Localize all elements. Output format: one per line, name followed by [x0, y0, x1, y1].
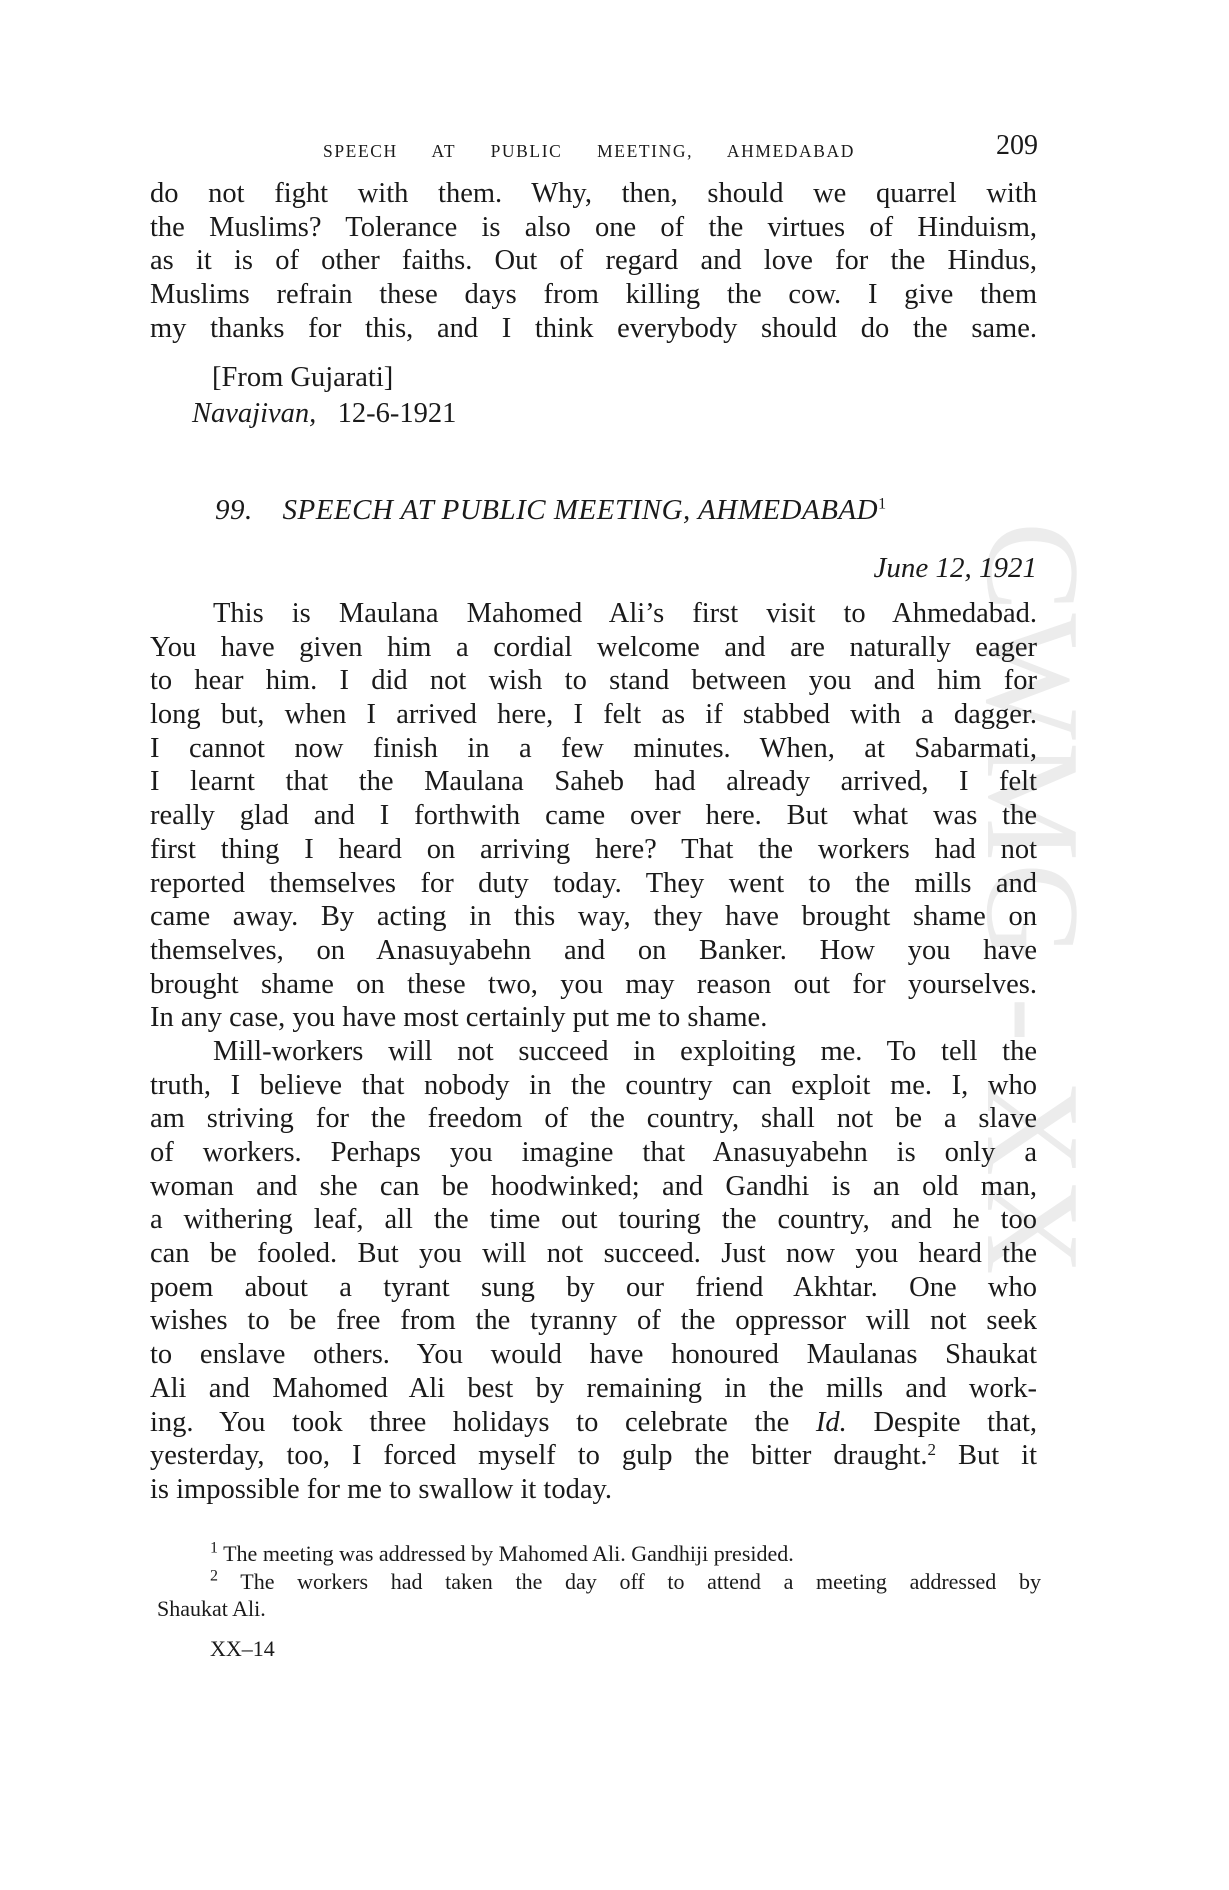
page-number: 209	[985, 131, 1038, 161]
text-line: came away. By acting in this way, they h…	[150, 900, 1037, 934]
text-line: my thanks for this, and I think everybod…	[150, 312, 1037, 346]
text-line: really glad and I forthwith came over he…	[150, 799, 1037, 833]
text-line: of workers. Perhaps you imagine that Ana…	[150, 1136, 1037, 1170]
footnote-ref-2[interactable]: 2	[928, 1440, 937, 1459]
text-line: Ali and Mahomed Ali best by remaining in…	[150, 1372, 1037, 1406]
volume-signature: XX–14	[210, 1636, 275, 1662]
text-line: Mill-workers will not succeed in exploit…	[150, 1035, 1037, 1069]
paragraph-1: This is Maulana Mahomed Ali’s first visi…	[150, 597, 1037, 1507]
italic-term: Id.	[816, 1407, 847, 1438]
footnote-2-continuation: Shaukat Ali.	[157, 1595, 1041, 1623]
text-line: am striving for the freedom of the count…	[150, 1102, 1037, 1136]
text-line: truth, I believe that nobody in the coun…	[150, 1069, 1037, 1103]
previous-item-text: do not fight with them. Why, then, shoul…	[150, 177, 1037, 345]
text-line: wishes to be free from the tyranny of th…	[150, 1304, 1037, 1338]
text-line: In any case, you have most certainly put…	[150, 1001, 1037, 1035]
text-line: is impossible for me to swallow it today…	[150, 1473, 1037, 1507]
text-line: long but, when I arrived here, I felt as…	[150, 698, 1037, 732]
text-line: the Muslims? Tolerance is also one of th…	[150, 211, 1037, 245]
citation-date: 12-6-1921	[338, 398, 457, 429]
text-line: a withering leaf, all the time out touri…	[150, 1203, 1037, 1237]
text-line: Muslims refrain these days from killing …	[150, 278, 1037, 312]
item-date: June 12, 1921	[800, 551, 1037, 585]
text-line: This is Maulana Mahomed Ali’s first visi…	[150, 597, 1037, 631]
text-line: poem about a tyrant sung by our friend A…	[150, 1271, 1037, 1305]
text-line: brought shame on these two, you may reas…	[150, 968, 1037, 1002]
item-heading: 99. SPEECH AT PUBLIC MEETING, AHMEDABAD1	[215, 493, 887, 527]
footnote-1: 1 The meeting was addressed by Mahomed A…	[157, 1540, 1041, 1568]
text-line: ing. You took three holidays to celebrat…	[150, 1406, 1037, 1440]
running-head: SPEECH AT PUBLIC MEETING, AHMEDABAD	[323, 140, 855, 162]
text-line: I learnt that the Maulana Saheb had alre…	[150, 765, 1037, 799]
footnote-ref-1[interactable]: 1	[878, 495, 887, 512]
citation: Navajivan, 12-6-1921	[192, 396, 456, 432]
text-line: can be fooled. But you will not succeed.…	[150, 1237, 1037, 1271]
item-number: 99.	[215, 494, 253, 526]
citation-publication: Navajivan,	[192, 398, 316, 429]
text-line: to hear him. I did not wish to stand bet…	[150, 664, 1037, 698]
text-line: I cannot now finish in a few minutes. Wh…	[150, 732, 1037, 766]
text-line: You have given him a cordial welcome and…	[150, 631, 1037, 665]
text-line: reported themselves for duty today. They…	[150, 867, 1037, 901]
item-title: SPEECH AT PUBLIC MEETING, AHMEDABAD	[283, 494, 879, 526]
text-line: yesterday, too, I forced myself to gulp …	[150, 1439, 1037, 1473]
text-line: as it is of other faiths. Out of regard …	[150, 244, 1037, 278]
footnote-2: 2 The workers had taken the day off to a…	[157, 1568, 1041, 1596]
text-line: first thing I heard on arriving here? Th…	[150, 833, 1037, 867]
text-line: themselves, on Anasuyabehn and on Banker…	[150, 934, 1037, 968]
text-line: woman and she can be hoodwinked; and Gan…	[150, 1170, 1037, 1204]
text-line: to enslave others. You would have honour…	[150, 1338, 1037, 1372]
source-note: [From Gujarati]	[212, 360, 393, 396]
footnotes: 1 The meeting was addressed by Mahomed A…	[157, 1540, 1041, 1623]
text-line: do not fight with them. Why, then, shoul…	[150, 177, 1037, 211]
